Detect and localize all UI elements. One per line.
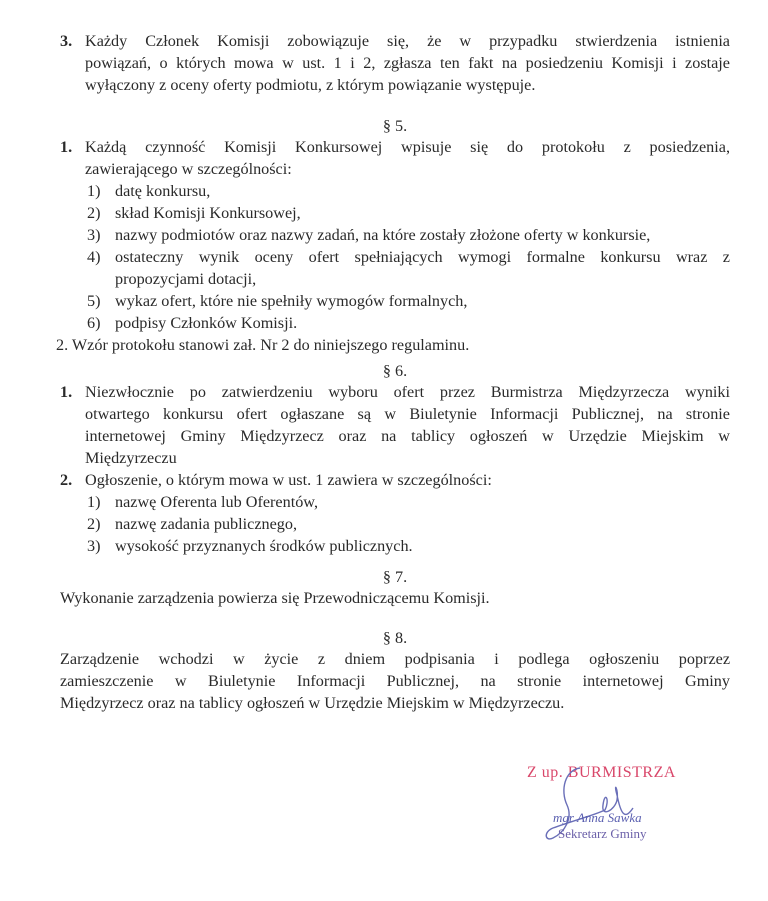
text-line: Wykonanie zarządzenia powierza się Przew… <box>60 587 730 609</box>
list-item: 6)podpisy Członków Komisji. <box>60 312 730 334</box>
document-page: 3. Każdy Członek Komisji zobowiązuje się… <box>0 0 768 901</box>
list-item: 2)nazwę zadania publicznego, <box>60 513 730 535</box>
list-item: 1)datę konkursu, <box>60 180 730 202</box>
text-line: Niezwłocznie po zatwierdzeniu wyboru ofe… <box>85 381 730 403</box>
text-line: 2. Wzór protokołu stanowi zał. Nr 2 do n… <box>56 334 730 356</box>
section-5-heading: § 5. <box>60 115 730 137</box>
section-6: 1. Niezwłocznie po zatwierdzeniu wyboru … <box>60 381 730 557</box>
item-number: 1. <box>60 136 72 158</box>
list-item: 2)skład Komisji Konkursowej, <box>60 202 730 224</box>
text-line: Każdy Członek Komisji zobowiązuje się, ż… <box>85 30 730 52</box>
item-number: 1. <box>60 381 72 403</box>
text-line: wyłączony z oceny oferty podmiotu, z któ… <box>85 74 730 96</box>
item-number: 3. <box>60 30 72 52</box>
section-8: Zarządzenie wchodzi w życie z dniem podp… <box>60 648 730 714</box>
section-8-heading: § 8. <box>60 627 730 649</box>
section-7-heading: § 7. <box>60 566 730 588</box>
signature-stamp: Z up. BURMISTRZA mgr Anna Sawka Sekretar… <box>505 760 725 860</box>
section-6-heading: § 6. <box>60 360 730 382</box>
text-line: internetowej Gminy Międzyrzecz oraz na t… <box>85 425 730 447</box>
text-line: zamieszczenie w Biuletynie Informacji Pu… <box>60 670 730 692</box>
text-line: Ogłoszenie, o którym mowa w ust. 1 zawie… <box>85 469 730 491</box>
section-5: 1. Każdą czynność Komisji Konkursowej wp… <box>60 136 730 356</box>
paragraph-4-item-3: 3. Każdy Członek Komisji zobowiązuje się… <box>60 30 730 96</box>
stamp-position: Sekretarz Gminy <box>558 826 646 842</box>
text-line: zawierającego w szczególności: <box>85 158 730 180</box>
list-item: 4)ostateczny wynik oceny ofert spełniają… <box>60 246 730 290</box>
text-line: otwartego konkursu ofert ogłaszane są w … <box>85 403 730 425</box>
item-number: 2. <box>60 469 72 491</box>
list-item: 5)wykaz ofert, które nie spełniły wymogó… <box>60 290 730 312</box>
text-line: Zarządzenie wchodzi w życie z dniem podp… <box>60 648 730 670</box>
list-item: 1)nazwę Oferenta lub Oferentów, <box>60 491 730 513</box>
section-7: Wykonanie zarządzenia powierza się Przew… <box>60 587 730 609</box>
stamp-name: mgr Anna Sawka <box>553 810 642 826</box>
text-line: Międzyrzecz oraz na tablicy ogłoszeń w U… <box>60 692 730 714</box>
text-line: Każdą czynność Komisji Konkursowej wpisu… <box>85 136 730 158</box>
list-item: 3)wysokość przyznanych środków publiczny… <box>60 535 730 557</box>
text-line: powiązań, o których mowa w ust. 1 i 2, z… <box>85 52 730 74</box>
text-line: Międzyrzeczu <box>85 447 730 469</box>
list-item: 3)nazwy podmiotów oraz nazwy zadań, na k… <box>60 224 730 246</box>
